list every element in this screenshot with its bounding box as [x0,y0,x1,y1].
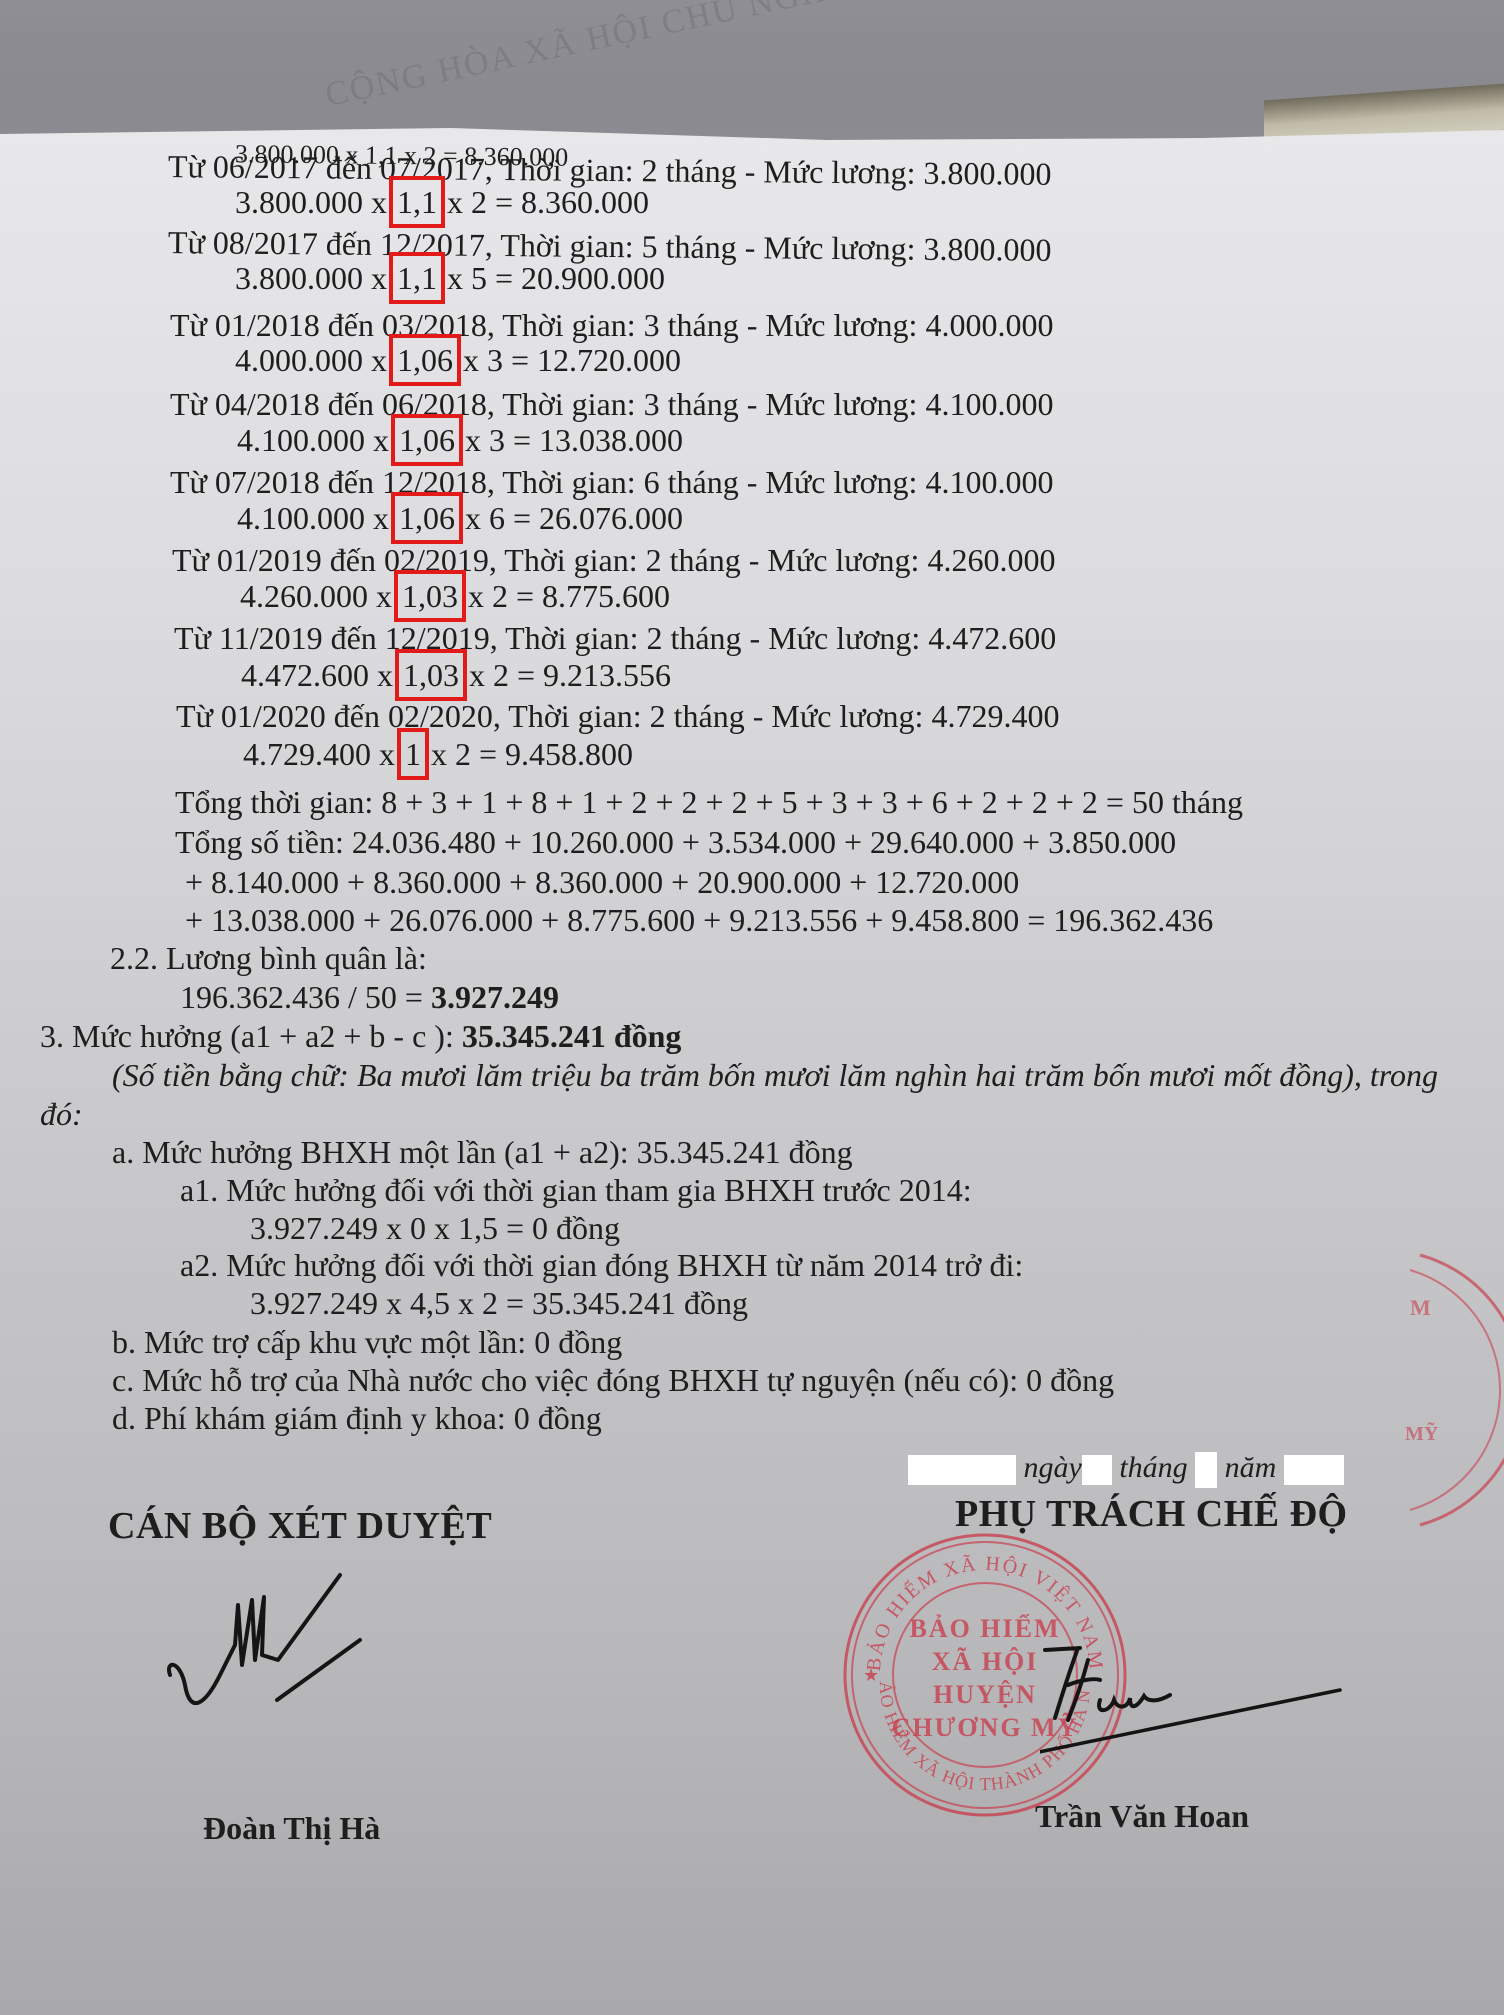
period-header: Từ 01/2020 đến 02/2020, Thời gian: 2 thá… [176,696,1059,736]
item-a2-label: a2. Mức hưởng đối với thời gian đóng BHX… [180,1245,1023,1285]
reviewer-signature [160,1565,460,1765]
benefit-in-words-cont: đó: [40,1094,83,1134]
period-calc: 4.100.000 x 1,06 x 6 = 26.076.000 [237,498,683,538]
item-a: a. Mức hưởng BHXH một lần (a1 + a2): 35.… [112,1132,853,1172]
highlighted-coefficient: 1,06 [395,340,455,380]
svg-text:BẢO HIỂM: BẢO HIỂM [909,1614,1060,1643]
calc-result: x 5 = 20.900.000 [447,260,665,296]
bleed-through-text: CỘNG HÒA XÃ HỘI CHỦ NGHĨA [322,0,869,115]
item-a1-calc: 3.927.249 x 0 x 1,5 = 0 đồng [250,1208,620,1248]
redacted-day [1082,1455,1112,1485]
total-time: Tổng thời gian: 8 + 3 + 1 + 8 + 1 + 2 + … [175,782,1243,822]
item-a2-calc: 3.927.249 x 4,5 x 2 = 35.345.241 đồng [250,1283,748,1323]
calc-salary: 3.800.000 x [235,260,387,296]
period-calc: 3.800.000 x 1,1 x 2 = 8.360.000 [235,182,649,222]
avg-salary-result: 3.927.249 [431,979,559,1015]
calc-salary: 4.729.400 x [243,736,395,772]
total-money-line-1: Tổng số tiền: 24.036.480 + 10.260.000 + … [175,822,1176,862]
calc-result: x 3 = 12.720.000 [463,342,681,378]
calc-result: x 2 = 8.360.000 [447,184,649,220]
reviewer-name: Đoàn Thị Hà [203,1808,380,1848]
svg-text:MỸ: MỸ [1405,1421,1439,1445]
calc-result: x 3 = 13.038.000 [465,422,683,458]
svg-text:M: M [1410,1295,1431,1320]
avg-salary-formula: 196.362.436 / 50 = 3.927.249 [180,977,559,1017]
benefit-in-words: (Số tiền bằng chữ: Ba mươi lăm triệu ba … [112,1055,1438,1095]
item-d: d. Phí khám giám định y khoa: 0 đồng [112,1398,602,1438]
partial-stamp: M MỸ [1350,1235,1504,1535]
calc-result: x 2 = 9.213.556 [469,657,671,693]
period-calc: 4.100.000 x 1,06 x 3 = 13.038.000 [237,420,683,460]
item-a1-label: a1. Mức hưởng đối với thời gian tham gia… [180,1170,972,1210]
period-header: Từ 07/2018 đến 12/2018, Thời gian: 6 thá… [170,462,1053,502]
stamp-star-icon: ★ [863,1665,879,1685]
date-day-label: ngày [1024,1451,1082,1484]
calc-salary: 4.100.000 x [237,500,389,536]
background-page: CỘNG HÒA XÃ HỘI CHỦ NGHĨA [0,0,1504,150]
benefit-heading: 3. Mức hưởng (a1 + a2 + b - c ): 35.345.… [40,1016,681,1056]
highlighted-coefficient: 1,03 [401,655,461,695]
item-c: c. Mức hỗ trợ của Nhà nước cho việc đóng… [112,1360,1114,1400]
benefit-amount: 35.345.241 đồng [462,1018,682,1054]
avg-salary-expression: 196.362.436 / 50 = [180,979,431,1015]
calc-salary: 4.260.000 x [240,578,392,614]
date-month-label: tháng [1119,1451,1187,1484]
period-header: Từ 04/2018 đến 06/2018, Thời gian: 3 thá… [170,384,1053,424]
date-year-label: năm [1225,1451,1277,1484]
period-calc: 4.260.000 x 1,03 x 2 = 8.775.600 [240,576,670,616]
svg-text:XÃ HỘI: XÃ HỘI [932,1647,1039,1676]
calc-salary: 4.100.000 x [237,422,389,458]
calc-salary: 4.000.000 x [235,342,387,378]
highlighted-coefficient: 1,1 [395,182,439,222]
calc-salary: 4.472.600 x [241,657,393,693]
period-header: Từ 01/2018 đến 03/2018, Thời gian: 3 thá… [170,305,1053,345]
total-money-line-3: + 13.038.000 + 26.076.000 + 8.775.600 + … [185,900,1213,940]
item-b: b. Mức trợ cấp khu vực một lần: 0 đồng [112,1322,622,1362]
highlighted-coefficient: 1,06 [397,498,457,538]
period-header: Từ 11/2019 đến 12/2019, Thời gian: 2 thá… [174,618,1056,658]
redacted-year [1284,1455,1344,1485]
avg-salary-label: 2.2. Lương bình quân là: [110,938,427,978]
redacted-month [1195,1452,1217,1488]
reviewer-title: CÁN BỘ XÉT DUYỆT [108,1506,492,1546]
highlighted-coefficient: 1 [403,734,423,774]
svg-text:HUYỆN: HUYỆN [933,1680,1037,1709]
date-line: ngày tháng năm [908,1448,1344,1488]
highlighted-coefficient: 1,1 [395,258,439,298]
period-calc: 4.472.600 x 1,03 x 2 = 9.213.556 [241,655,671,695]
benefit-label: 3. Mức hưởng (a1 + a2 + b - c ): [40,1018,462,1054]
calc-result: x 2 = 9.458.800 [431,736,633,772]
calc-result: x 6 = 26.076.000 [465,500,683,536]
manager-signature [1040,1640,1360,1780]
period-header: Từ 01/2019 đến 02/2019, Thời gian: 2 thá… [172,540,1055,580]
total-money-line-2: + 8.140.000 + 8.360.000 + 8.360.000 + 20… [185,862,1019,902]
period-calc: 3.800.000 x 1,1 x 5 = 20.900.000 [235,258,665,298]
highlighted-coefficient: 1,03 [400,576,460,616]
redacted-location [908,1455,1016,1485]
period-calc: 4.729.400 x 1 x 2 = 9.458.800 [243,734,633,774]
calc-salary: 3.800.000 x [235,184,387,220]
highlighted-coefficient: 1,06 [397,420,457,460]
calc-result: x 2 = 8.775.600 [468,578,670,614]
period-calc: 4.000.000 x 1,06 x 3 = 12.720.000 [235,340,681,380]
